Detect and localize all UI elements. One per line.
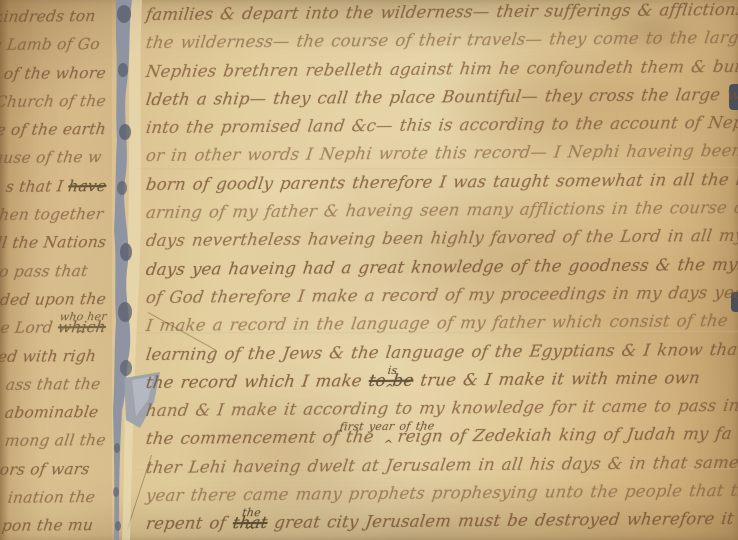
handwritten-text: ass that the — [4, 375, 101, 394]
struck-out-word: have — [67, 177, 107, 195]
line-text: ination the — [6, 483, 97, 512]
line-text: ass that the — [4, 370, 102, 399]
handwritten-text: kindreds ton — [0, 7, 97, 26]
handwritten-text: Nephies brethren rebelleth against him h… — [145, 56, 738, 80]
handwritten-text: ole of the earth — [0, 120, 107, 139]
handwritten-text: hand & I make it according to my knowled… — [145, 396, 738, 420]
left-column: kindreds tonthe Lamb of Goons of the who… — [0, 2, 110, 540]
line-text: s that I have — [4, 172, 108, 201]
left-column-fragment: the Church of the — [0, 87, 110, 115]
handwritten-text: the Lord — [0, 319, 59, 338]
line-text: then together — [0, 200, 105, 229]
caret-mark: ^ — [384, 383, 395, 394]
handwritten-text: ll the Nations — [0, 233, 107, 252]
line-text: ole of the earth — [0, 115, 108, 144]
handwritten-text: born of goodly parents therefore I was t… — [145, 170, 738, 194]
inline-correction: first year of the ^ — [379, 423, 393, 451]
left-column-fragment: ole of the earth — [0, 115, 110, 143]
handwritten-text: the record which I make — [145, 371, 370, 392]
handwritten-text: mong all the — [4, 431, 107, 450]
handwritten-text: days yea haveing had a great knowledge o… — [145, 254, 738, 279]
left-column-fragment: mong all the — [0, 426, 110, 454]
handwritten-text: days nevertheless haveing been highly fa… — [145, 226, 738, 250]
handwritten-text: pon the mu — [1, 516, 95, 535]
line-text: mong all the — [3, 426, 108, 455]
torn-edge-highlight — [122, 0, 142, 540]
left-column-fragment: ed with righ — [0, 342, 110, 370]
caret-mark: ^ — [75, 329, 86, 340]
inline-correction: isto be^ — [367, 367, 415, 396]
line-text: repent of thethat^ great city Jerusalem … — [144, 505, 738, 539]
handwritten-text: of God therefore I make a record of my p… — [145, 283, 738, 307]
left-column-fragment: abominable — [0, 398, 110, 426]
left-column-fragment: nded upon the — [0, 285, 110, 313]
handwritten-text: I make a record in the language of my fa… — [145, 311, 729, 335]
handwritten-text: or in other words I Nephi wrote this rec… — [145, 141, 738, 165]
left-column-fragment: then together — [0, 200, 110, 228]
line-text: ons of the whore — [0, 59, 108, 88]
left-column-fragment: ass that the — [0, 370, 110, 398]
left-column-fragment: ll the Nations — [0, 228, 110, 256]
handwritten-text: s that I — [4, 177, 69, 196]
manuscript-photo: kindreds tonthe Lamb of Goons of the who… — [0, 0, 738, 540]
main-column: families & depart into the wilderness— t… — [146, 1, 738, 539]
handwritten-text: arning of my father & haveing seen many … — [145, 198, 738, 223]
handwritten-text: then together — [0, 205, 104, 224]
line-text: the Church of the — [0, 87, 108, 117]
handwritten-text: families & depart into the wilderness— t… — [145, 0, 738, 24]
line-text: abominable — [3, 398, 100, 427]
inserted-word-above-line: first year of the — [339, 421, 435, 433]
handwritten-text: ause of the w — [0, 148, 102, 167]
line-text: ll the Nations — [0, 228, 108, 257]
handwritten-text: learning of the Jews & the language of t… — [145, 339, 738, 363]
left-column-fragment: mors of wars — [0, 455, 110, 483]
handwritten-text: the Lamb of Go — [0, 35, 101, 54]
line-text: pon the mu — [0, 511, 95, 540]
line-text: the Lamb of Go — [0, 30, 102, 59]
left-column-fragment: ination the — [0, 483, 110, 511]
line-text: mors of wars — [0, 455, 92, 484]
caret-mark: ^ — [383, 439, 394, 450]
left-column-fragment: kindreds ton — [0, 2, 110, 30]
left-column-fragment: s that I have — [0, 172, 110, 200]
handwritten-text: true & I make it with mine own — [412, 368, 701, 389]
handwritten-text: reign of Zedekiah king of Judah my fa — [390, 424, 734, 446]
seam-ribbon — [113, 0, 132, 540]
handwritten-text: to pass that — [0, 262, 89, 281]
left-column-fragment: to pass that — [0, 257, 110, 285]
handwritten-text: ination the — [7, 488, 97, 507]
left-column-fragment: the Lamb of Go — [0, 30, 110, 58]
handwritten-text: into the promised land &c— this is accor… — [145, 113, 738, 137]
left-column-fragment: the Lord who herwhich^ — [0, 313, 110, 341]
line-text: the wilderness— the course of their trav… — [144, 23, 738, 57]
line-text: ause of the w — [0, 143, 103, 172]
left-column-fragment: ons of the whore — [0, 59, 110, 87]
handwritten-text: mors of wars — [0, 460, 91, 479]
handwritten-text: year there came many prophets prophesyin… — [145, 480, 738, 505]
line-text: I make a record in the language of my fa… — [144, 307, 729, 340]
inline-correction: thethat^ — [231, 509, 269, 538]
manuscript-line: repent of thethat^ great city Jerusalem … — [146, 510, 738, 538]
handwritten-text: ldeth a ship— they call the place Bounti… — [145, 84, 738, 109]
handwritten-text: the Church of the — [0, 92, 107, 111]
line-text: the Lord who herwhich^ — [0, 313, 108, 342]
handwritten-text: ed with righ — [0, 347, 97, 366]
handwritten-text: great city Jerusalem must be destroyed w… — [266, 509, 738, 533]
handwritten-text: the wilderness— the course of their trav… — [145, 27, 738, 52]
line-text: ed with righ — [0, 342, 98, 371]
inline-correction: who herwhich^ — [56, 313, 108, 342]
handwritten-text: nded upon the — [0, 290, 107, 309]
handwritten-text: repent of — [145, 514, 234, 534]
handwritten-text: ons of the whore — [0, 64, 107, 83]
line-text: kindreds ton — [0, 2, 98, 31]
caret-mark: ^ — [244, 525, 255, 536]
handwritten-text: ther Lehi haveing dwelt at Jerusalem in … — [145, 453, 738, 477]
line-text: to pass that — [0, 257, 90, 286]
left-column-fragment: ause of the w — [0, 143, 110, 171]
handwritten-text: abominable — [3, 403, 99, 422]
left-column-fragment: pon the mu — [0, 511, 110, 539]
